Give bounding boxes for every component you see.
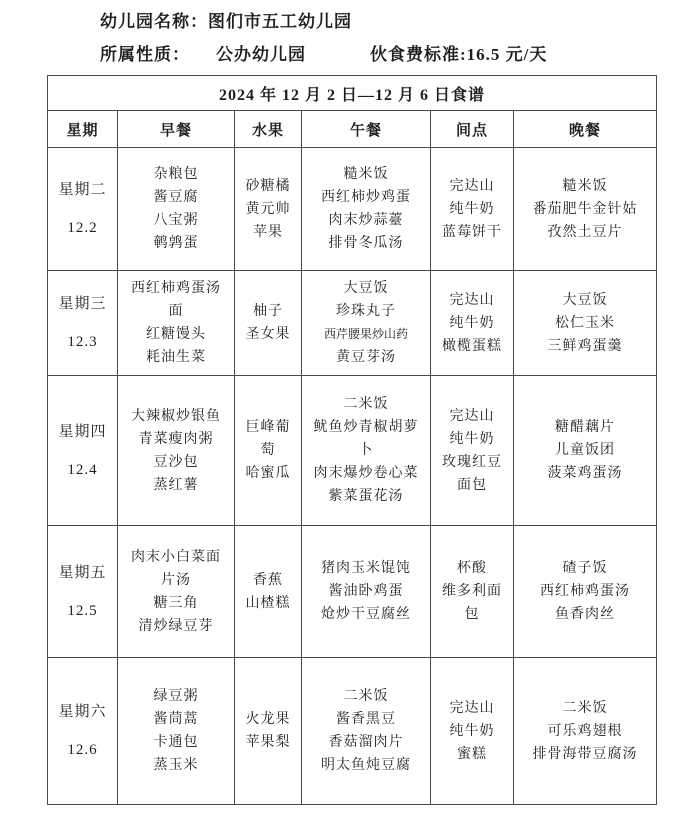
weekly-menu-table: 2024 年 12 月 2 日—12 月 6 日食谱 星期早餐水果午餐间点晚餐 … bbox=[47, 75, 657, 805]
dish-item: 大豆饭 bbox=[310, 277, 422, 300]
dish-item: 完达山 bbox=[439, 697, 505, 720]
dish-item: 酱油卧鸡蛋 bbox=[310, 580, 422, 603]
dish-item: 绿豆粥 bbox=[126, 685, 226, 708]
dish-item: 苹果梨 bbox=[243, 731, 293, 754]
dish-item: 完达山 bbox=[439, 289, 505, 312]
dish-item: 维多利面包 bbox=[439, 580, 505, 626]
column-header-row: 星期早餐水果午餐间点晚餐 bbox=[48, 111, 657, 148]
fee-label: 伙食费标准: bbox=[370, 45, 467, 64]
dish-item: 番茄肥牛金针姑 bbox=[522, 198, 648, 221]
dish-item: 蜜糕 bbox=[439, 743, 505, 766]
dish-item: 杂粮包 bbox=[126, 163, 226, 186]
dish-item: 糙米饭 bbox=[522, 175, 648, 198]
dish-item: 二米饭 bbox=[310, 685, 422, 708]
date-label: 12.5 bbox=[56, 601, 109, 621]
dish-item: 西红柿鸡蛋汤面 bbox=[126, 277, 226, 323]
fruit-cell: 砂糖橘黄元帅苹果 bbox=[235, 148, 302, 271]
weekday-label: 星期五 bbox=[56, 563, 109, 583]
ownership-line: 所属性质：公办幼儿园伙食费标准:16.5 元/天 bbox=[100, 42, 700, 67]
dinner-cell: 糖醋藕片儿童饭团菠菜鸡蛋汤 bbox=[514, 376, 657, 526]
dish-item: 纯牛奶 bbox=[439, 428, 505, 451]
dish-item: 柚子 bbox=[243, 300, 293, 323]
fruit-cell: 火龙果苹果梨 bbox=[235, 658, 302, 805]
snack-cell: 杯酸维多利面包 bbox=[431, 526, 514, 658]
dish-item: 酱香黑豆 bbox=[310, 708, 422, 731]
dish-item: 纯牛奶 bbox=[439, 198, 505, 221]
column-header-5: 晚餐 bbox=[514, 111, 657, 148]
date-label: 12.3 bbox=[56, 332, 109, 352]
snack-cell: 完达山纯牛奶玫瑰红豆面包 bbox=[431, 376, 514, 526]
dish-item: 糙米饭 bbox=[310, 163, 422, 186]
dish-item: 八宝粥 bbox=[126, 209, 226, 232]
dish-item: 哈蜜瓜 bbox=[243, 462, 293, 485]
snack-cell: 完达山纯牛奶蜜糕 bbox=[431, 658, 514, 805]
weekday-cell: 星期三12.3 bbox=[48, 271, 118, 376]
dish-item: 珍珠丸子 bbox=[310, 300, 422, 323]
dish-item: 苹果 bbox=[243, 221, 293, 244]
dish-item: 耗油生菜 bbox=[126, 346, 226, 369]
kindergarten-name-line: 幼儿园名称：图们市五工幼儿园 bbox=[100, 9, 700, 34]
dish-item: 排骨海带豆腐汤 bbox=[522, 743, 648, 766]
dish-item: 纯牛奶 bbox=[439, 312, 505, 335]
dish-item: 完达山 bbox=[439, 175, 505, 198]
date-label: 12.6 bbox=[56, 740, 109, 760]
dish-item: 肉末小白菜面片汤 bbox=[126, 546, 226, 592]
menu-row-12.6: 星期六12.6绿豆粥酱茼蒿卡通包蒸玉米火龙果苹果梨二米饭酱香黑豆香菇溜肉片明太鱼… bbox=[48, 658, 657, 805]
dish-item: 碴子饭 bbox=[522, 557, 648, 580]
dish-item: 蒸玉米 bbox=[126, 754, 226, 777]
kindergarten-name-label: 幼儿园名称： bbox=[100, 12, 208, 31]
dish-item: 鹌鹑蛋 bbox=[126, 232, 226, 255]
snack-cell: 完达山纯牛奶蓝莓饼干 bbox=[431, 148, 514, 271]
dish-item: 酱茼蒿 bbox=[126, 708, 226, 731]
dish-item: 肉末爆炒卷心菜 bbox=[310, 462, 422, 485]
weekday-cell: 星期六12.6 bbox=[48, 658, 118, 805]
dinner-cell: 二米饭可乐鸡翅根排骨海带豆腐汤 bbox=[514, 658, 657, 805]
fee-value: 16.5 元/天 bbox=[467, 45, 548, 64]
menu-row-12.4: 星期四12.4大辣椒炒银鱼青菜瘦肉粥豆沙包蒸红薯巨峰葡萄哈蜜瓜二米饭鱿鱼炒青椒胡… bbox=[48, 376, 657, 526]
dish-item: 猪肉玉米馄饨 bbox=[310, 557, 422, 580]
dish-item: 黄元帅 bbox=[243, 198, 293, 221]
menu-page: 幼儿园名称：图们市五工幼儿园 所属性质：公办幼儿园伙食费标准:16.5 元/天 … bbox=[0, 0, 700, 823]
weekday-label: 星期二 bbox=[56, 180, 109, 200]
dish-item: 完达山 bbox=[439, 405, 505, 428]
breakfast-cell: 大辣椒炒银鱼青菜瘦肉粥豆沙包蒸红薯 bbox=[118, 376, 235, 526]
dish-item: 排骨冬瓜汤 bbox=[310, 232, 422, 255]
dish-item: 玫瑰红豆面包 bbox=[439, 451, 505, 497]
dish-item: 松仁玉米 bbox=[522, 312, 648, 335]
breakfast-cell: 绿豆粥酱茼蒿卡通包蒸玉米 bbox=[118, 658, 235, 805]
dish-item: 青菜瘦肉粥 bbox=[126, 428, 226, 451]
dish-item: 儿童饭团 bbox=[522, 439, 648, 462]
weekday-label: 星期三 bbox=[56, 294, 109, 314]
dish-item: 卡通包 bbox=[126, 731, 226, 754]
fruit-cell: 香蕉山楂糕 bbox=[235, 526, 302, 658]
lunch-cell: 大豆饭珍珠丸子西芹腰果炒山药黄豆芽汤 bbox=[302, 271, 431, 376]
dish-item: 巨峰葡萄 bbox=[243, 416, 293, 462]
dish-item: 二米饭 bbox=[522, 697, 648, 720]
dinner-cell: 碴子饭西红柿鸡蛋汤鱼香肉丝 bbox=[514, 526, 657, 658]
snack-cell: 完达山纯牛奶橄榄蛋糕 bbox=[431, 271, 514, 376]
ownership-label: 所属性质： bbox=[100, 45, 190, 64]
dish-item: 圣女果 bbox=[243, 323, 293, 346]
dish-item: 纯牛奶 bbox=[439, 720, 505, 743]
weekday-cell: 星期五12.5 bbox=[48, 526, 118, 658]
fruit-cell: 柚子圣女果 bbox=[235, 271, 302, 376]
dish-item: 砂糖橘 bbox=[243, 175, 293, 198]
weekday-cell: 星期四12.4 bbox=[48, 376, 118, 526]
dish-item: 紫菜蛋花汤 bbox=[310, 485, 422, 508]
dinner-cell: 糙米饭番茄肥牛金针姑孜然土豆片 bbox=[514, 148, 657, 271]
breakfast-cell: 肉末小白菜面片汤糖三角清炒绿豆芽 bbox=[118, 526, 235, 658]
dish-item: 大辣椒炒银鱼 bbox=[126, 405, 226, 428]
dish-item: 清炒绿豆芽 bbox=[126, 615, 226, 638]
lunch-cell: 二米饭酱香黑豆香菇溜肉片明太鱼炖豆腐 bbox=[302, 658, 431, 805]
dish-item: 可乐鸡翅根 bbox=[522, 720, 648, 743]
column-header-1: 早餐 bbox=[118, 111, 235, 148]
menu-title-row: 2024 年 12 月 2 日—12 月 6 日食谱 bbox=[48, 76, 657, 111]
dinner-cell: 大豆饭松仁玉米三鲜鸡蛋羹 bbox=[514, 271, 657, 376]
weekday-label: 星期四 bbox=[56, 422, 109, 442]
dish-item: 三鲜鸡蛋羹 bbox=[522, 335, 648, 358]
dish-item: 大豆饭 bbox=[522, 289, 648, 312]
dish-item: 火龙果 bbox=[243, 708, 293, 731]
dish-item: 蓝莓饼干 bbox=[439, 221, 505, 244]
column-header-2: 水果 bbox=[235, 111, 302, 148]
dish-item: 西红柿炒鸡蛋 bbox=[310, 186, 422, 209]
dish-item: 山楂糕 bbox=[243, 592, 293, 615]
dish-item: 西芹腰果炒山药 bbox=[310, 323, 422, 346]
dish-item: 黄豆芽汤 bbox=[310, 346, 422, 369]
breakfast-cell: 杂粮包酱豆腐八宝粥鹌鹑蛋 bbox=[118, 148, 235, 271]
dish-item: 肉末炒蒜薹 bbox=[310, 209, 422, 232]
dish-item: 孜然土豆片 bbox=[522, 221, 648, 244]
dish-item: 二米饭 bbox=[310, 393, 422, 416]
kindergarten-info: 幼儿园名称：图们市五工幼儿园 所属性质：公办幼儿园伙食费标准:16.5 元/天 bbox=[0, 0, 700, 67]
dish-item: 鱿鱼炒青椒胡萝卜 bbox=[310, 416, 422, 462]
menu-row-12.5: 星期五12.5肉末小白菜面片汤糖三角清炒绿豆芽香蕉山楂糕猪肉玉米馄饨酱油卧鸡蛋炝… bbox=[48, 526, 657, 658]
dish-item: 豆沙包 bbox=[126, 451, 226, 474]
dish-item: 炝炒干豆腐丝 bbox=[310, 603, 422, 626]
dish-item: 香蕉 bbox=[243, 569, 293, 592]
lunch-cell: 糙米饭西红柿炒鸡蛋肉末炒蒜薹排骨冬瓜汤 bbox=[302, 148, 431, 271]
dish-item: 红糖馒头 bbox=[126, 323, 226, 346]
date-label: 12.4 bbox=[56, 460, 109, 480]
dish-item: 西红柿鸡蛋汤 bbox=[522, 580, 648, 603]
dish-item: 酱豆腐 bbox=[126, 186, 226, 209]
menu-row-12.2: 星期二12.2杂粮包酱豆腐八宝粥鹌鹑蛋砂糖橘黄元帅苹果糙米饭西红柿炒鸡蛋肉末炒蒜… bbox=[48, 148, 657, 271]
menu-title: 2024 年 12 月 2 日—12 月 6 日食谱 bbox=[48, 76, 657, 111]
dish-item: 蒸红薯 bbox=[126, 474, 226, 497]
menu-row-12.3: 星期三12.3西红柿鸡蛋汤面红糖馒头耗油生菜柚子圣女果大豆饭珍珠丸子西芹腰果炒山… bbox=[48, 271, 657, 376]
fee-standard: 伙食费标准:16.5 元/天 bbox=[370, 45, 547, 64]
dish-item: 糖醋藕片 bbox=[522, 416, 648, 439]
dish-item: 橄榄蛋糕 bbox=[439, 335, 505, 358]
breakfast-cell: 西红柿鸡蛋汤面红糖馒头耗油生菜 bbox=[118, 271, 235, 376]
dish-item: 糖三角 bbox=[126, 592, 226, 615]
dish-item: 明太鱼炖豆腐 bbox=[310, 754, 422, 777]
weekday-label: 星期六 bbox=[56, 702, 109, 722]
dish-item: 鱼香肉丝 bbox=[522, 603, 648, 626]
weekday-cell: 星期二12.2 bbox=[48, 148, 118, 271]
lunch-cell: 二米饭鱿鱼炒青椒胡萝卜肉末爆炒卷心菜紫菜蛋花汤 bbox=[302, 376, 431, 526]
dish-item: 香菇溜肉片 bbox=[310, 731, 422, 754]
column-header-0: 星期 bbox=[48, 111, 118, 148]
date-label: 12.2 bbox=[56, 218, 109, 238]
dish-item: 杯酸 bbox=[439, 557, 505, 580]
column-header-3: 午餐 bbox=[302, 111, 431, 148]
lunch-cell: 猪肉玉米馄饨酱油卧鸡蛋炝炒干豆腐丝 bbox=[302, 526, 431, 658]
dish-item: 菠菜鸡蛋汤 bbox=[522, 462, 648, 485]
fruit-cell: 巨峰葡萄哈蜜瓜 bbox=[235, 376, 302, 526]
ownership-value: 公办幼儿园 bbox=[216, 45, 306, 64]
column-header-4: 间点 bbox=[431, 111, 514, 148]
kindergarten-name-value: 图们市五工幼儿园 bbox=[208, 12, 352, 31]
